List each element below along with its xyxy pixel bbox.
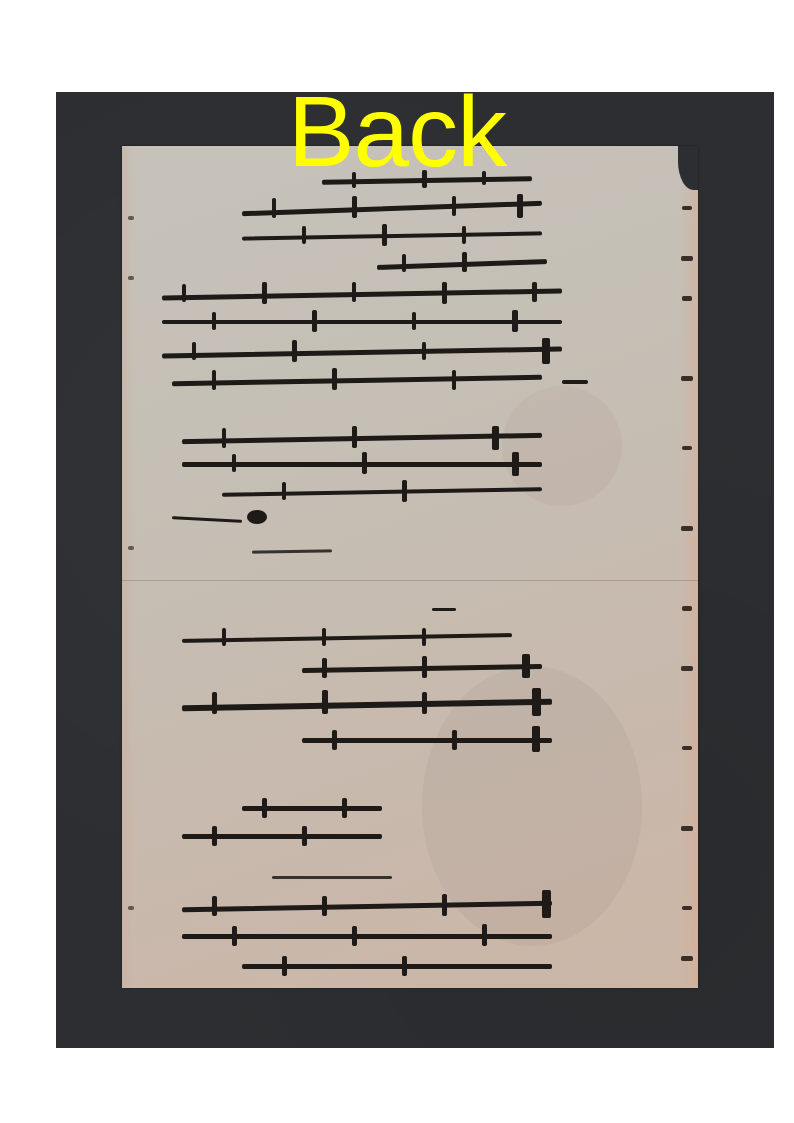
page-label: Back	[0, 82, 794, 182]
paper-right-edge-strip	[680, 186, 698, 986]
paper-left-edge	[122, 146, 134, 988]
fold-line	[122, 580, 698, 581]
document-paper	[122, 146, 698, 988]
